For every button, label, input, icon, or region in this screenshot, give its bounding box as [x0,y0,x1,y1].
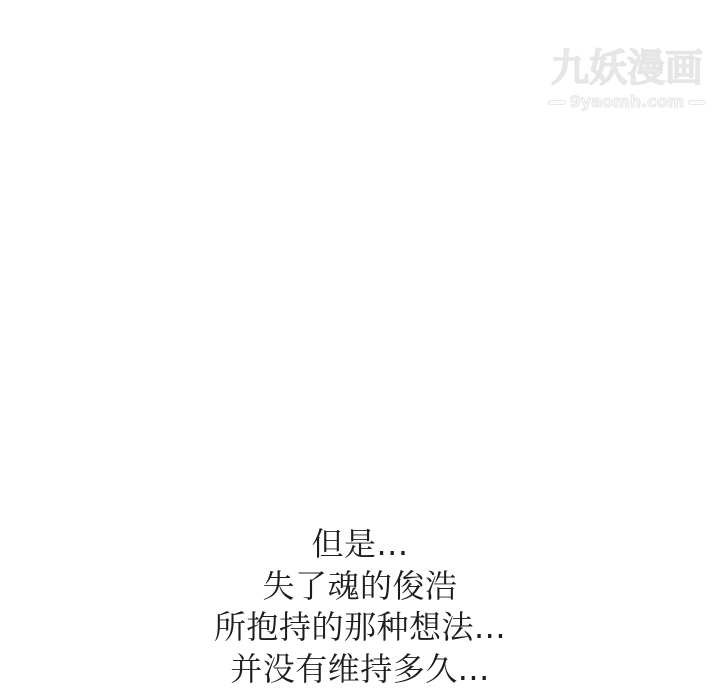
watermark-site-url: 9yaomh.com [570,94,685,110]
narration-caption: 但是... 失了魂的俊浩 所抱持的那种想法... 并没有维持多久... [0,524,720,690]
caption-line-2: 失了魂的俊浩 [0,566,720,608]
watermark-logo-text: 九妖漫画 [548,49,706,87]
caption-line-4: 并没有维持多久... [0,649,720,691]
dash-line-icon [548,100,566,105]
caption-line-1: 但是... [0,524,720,566]
comic-page: 九妖漫画 9yaomh.com 但是... 失了魂的俊浩 所抱持的那种想法...… [0,0,720,700]
dash-line-icon [688,100,706,105]
caption-line-3: 所抱持的那种想法... [0,607,720,649]
site-watermark: 九妖漫画 9yaomh.com [548,49,706,110]
watermark-site-row: 9yaomh.com [548,94,706,110]
